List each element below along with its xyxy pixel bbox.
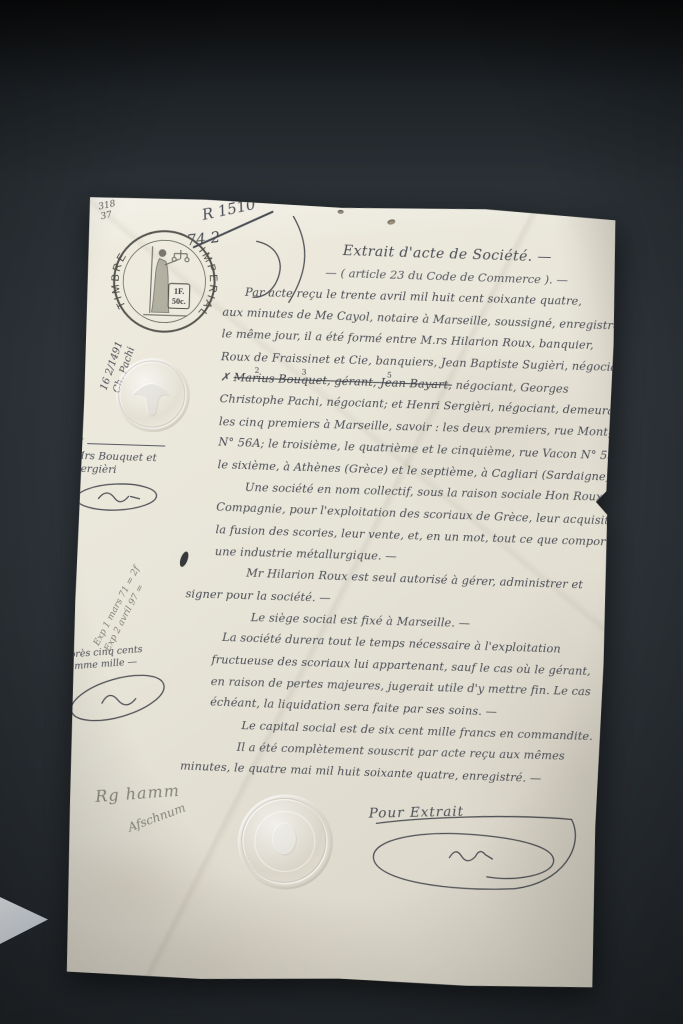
registration-number2: 74 2: [186, 228, 221, 250]
document-paper: 318 37 TIMBRE IMPÉRIAL: [64, 196, 618, 991]
embossed-eagle-seal: [115, 357, 191, 433]
document-paper-wrap: 318 37 TIMBRE IMPÉRIAL: [64, 196, 618, 991]
paraph-oval-1: [72, 478, 161, 517]
x-mark: ✗: [74, 436, 83, 449]
manuscript-body: Extrait d'acte de Société. — — ( article…: [208, 236, 625, 791]
embossed-notary-seal: [236, 793, 334, 891]
paper-corner-fragment: [0, 897, 48, 944]
expedition-line2: Exp 2 avril 97 =: [102, 515, 183, 653]
signature-flourish: [356, 799, 584, 898]
ink-blot: [178, 550, 190, 567]
pencil-note-bottom-1: Rg hamm: [95, 781, 181, 806]
renumber-marks: 2 3 5: [254, 359, 396, 386]
photo-background: 318 37 TIMBRE IMPÉRIAL: [0, 0, 683, 1024]
corner-archival-number: 318 37: [98, 199, 119, 222]
margin-parties-line2: Sergièri: [73, 463, 183, 479]
notary-relief-icon: [236, 793, 334, 891]
x-dash-line: [87, 443, 165, 446]
paper-hole: [338, 210, 344, 214]
paraph-oval-2: [64, 668, 172, 727]
x-mark: ✗: [220, 370, 234, 383]
line-rest: négociant, Georges: [452, 378, 569, 395]
margin-lower-note: Après cinq cents comme mille —: [62, 641, 187, 728]
margin-expedition-note: Exp 1 mars 71 = 2f Exp 2 avril 97 =: [91, 510, 182, 654]
paper-hole: [387, 219, 396, 226]
margin-parties-note: ✗ Mrs Bouquet et Sergièri: [72, 436, 184, 517]
eagle-relief-icon: [115, 357, 191, 433]
corner-number-line2: 37: [100, 209, 119, 222]
pencil-note-bottom-2: Afschnum: [126, 800, 187, 834]
expedition-line1: Exp 1 mars 71 = 2f: [91, 510, 172, 648]
